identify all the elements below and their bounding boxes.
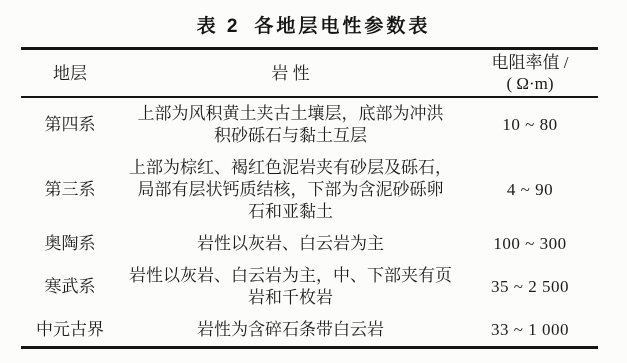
header-row: 地层 岩 性 电阻率值 / ( Ω·m) <box>21 49 598 98</box>
stratum-cell: 第三系 <box>21 152 119 228</box>
lithology-cell: 岩性以灰岩、白云岩为主，中、下部夹有页 岩和千枚岩 <box>119 260 462 314</box>
column-header-resistivity-line1: 电阻率值 / <box>462 52 598 73</box>
column-header-stratum: 地层 <box>21 49 119 98</box>
stratum-cell: 中元古界 <box>21 314 119 348</box>
column-header-resistivity-line2: ( Ω·m) <box>462 73 598 94</box>
column-header-lithology: 岩 性 <box>119 49 462 98</box>
lithology-cell: 上部为棕红、褐红色泥岩夹有砂层及砾石， 局部有层状钙质结核，下部为含泥砂砾卵 石… <box>119 152 462 228</box>
table-caption: 表 2各地层电性参数表 <box>0 0 627 38</box>
column-header-resistivity: 电阻率值 / ( Ω·m) <box>462 49 598 98</box>
resistivity-cell: 4 ~ 90 <box>462 152 598 228</box>
stratum-parameters-table: 地层 岩 性 电阻率值 / ( Ω·m) 第四系 上部为风积黄土夹古土壤层，底部… <box>21 47 598 349</box>
resistivity-cell: 100 ~ 300 <box>462 228 598 260</box>
table-caption-text: 各地层电性参数表 <box>254 16 430 37</box>
lithology-cell: 岩性以灰岩、白云岩为主 <box>119 228 462 260</box>
lithology-cell: 岩性为含碎石条带白云岩 <box>119 314 462 348</box>
resistivity-cell: 33 ~ 1 000 <box>462 314 598 348</box>
table-row: 寒武系 岩性以灰岩、白云岩为主，中、下部夹有页 岩和千枚岩 35 ~ 2 500 <box>21 260 598 314</box>
table-row: 中元古界 岩性为含碎石条带白云岩 33 ~ 1 000 <box>21 314 598 348</box>
stratum-cell: 寒武系 <box>21 260 119 314</box>
scanned-paper-table-page: 表 2各地层电性参数表 地层 岩 性 电阻率值 / ( Ω·m) 第四系 上部为… <box>0 0 627 363</box>
table-caption-number: 表 2 <box>197 16 241 37</box>
stratum-cell: 奥陶系 <box>21 228 119 260</box>
lithology-cell: 上部为风积黄土夹古土壤层，底部为冲洪 积砂砾石与黏土互层 <box>119 97 462 152</box>
table-row: 奥陶系 岩性以灰岩、白云岩为主 100 ~ 300 <box>21 228 598 260</box>
stratum-cell: 第四系 <box>21 97 119 152</box>
resistivity-cell: 35 ~ 2 500 <box>462 260 598 314</box>
table-row: 第四系 上部为风积黄土夹古土壤层，底部为冲洪 积砂砾石与黏土互层 10 ~ 80 <box>21 97 598 152</box>
resistivity-cell: 10 ~ 80 <box>462 97 598 152</box>
table-row: 第三系 上部为棕红、褐红色泥岩夹有砂层及砾石， 局部有层状钙质结核，下部为含泥砂… <box>21 152 598 228</box>
